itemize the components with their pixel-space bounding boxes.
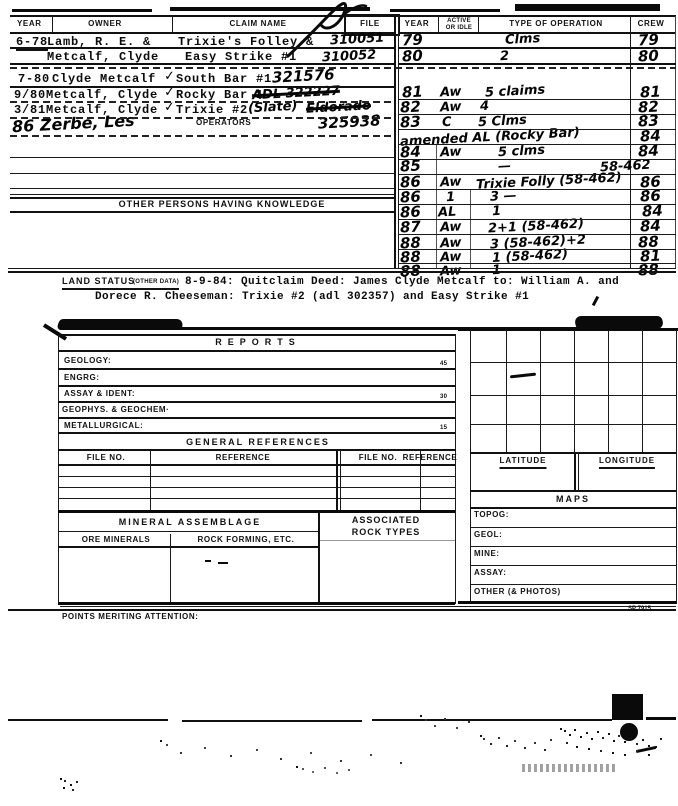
rule-line [398,47,676,49]
rule-line [58,417,455,419]
rule-line [60,606,676,607]
gr-col-reference: REFERENCE [216,454,271,462]
rule-line [438,16,439,32]
rule-line [10,86,394,88]
claim-row-owner: Metcalf, Clyde [47,51,159,63]
rule-line [8,271,676,273]
col-header-year2: YEAR [405,20,430,28]
rule-line [398,234,676,235]
rule-line [58,510,455,513]
rule-line [10,117,394,119]
rule-line [52,16,53,32]
land-status-sublabel: (OTHER DATA) [133,279,179,290]
rule-line [470,395,676,396]
rule-line [58,449,455,451]
rule-line [478,16,479,32]
op-row-active: AL [438,206,457,220]
report-row-geophys: GEOPHYS. & GEOCHEM· [62,406,169,414]
op-row-operation: 5 claims [485,83,546,99]
scan-artifact [205,560,211,562]
claim-row-claim-name: Easy Strike #1 [185,51,297,63]
rule-line [398,144,676,145]
col-header-claim-name: CLAIM NAME [229,20,286,28]
rule-line [340,450,341,510]
map-row-geol: GEOL: [474,531,502,539]
report-row-geology: GEOLOGY: [64,357,111,365]
rule-line [470,452,676,454]
scan-artifact [646,717,676,720]
rule-line [458,601,676,604]
rule-line [398,129,676,130]
scan-artifact [12,9,152,12]
rule-line [455,334,456,604]
rule-line [58,487,455,488]
rule-line [574,452,576,490]
rule-line [676,330,677,604]
map-row-assay: ASSAY: [474,569,507,577]
latitude-header: LATITUDE [500,457,547,469]
rule-line [58,498,455,499]
rule-line [578,452,579,490]
rule-line [398,189,676,190]
rule-line [398,219,676,220]
rule-line [470,362,676,363]
col-header-active2: OR IDLE [446,25,472,31]
scan-artifact [522,764,618,772]
ore-minerals-header: ORE MINERALS [82,536,151,544]
rule-line [394,16,396,269]
report-row-metallurgical-num: 15 [440,425,447,431]
op-row-active: Aw [440,175,462,189]
rule-line [470,190,471,268]
rule-line [398,249,676,250]
report-row-metallurgical: METALLURGICAL: [64,422,143,430]
map-row-mine: MINE: [474,550,500,558]
checkmark-icon: ✓ [164,70,176,84]
associated-rock-types-line2: ROCK TYPES [352,528,421,537]
rule-line [58,531,320,532]
rule-line [10,101,394,103]
col-header-crew: CREW [638,20,665,28]
op-row-active: Aw [440,85,462,99]
rule-line [10,47,394,49]
rule-line [398,99,676,100]
rule-line [574,330,575,452]
ink-scribble [282,0,382,62]
map-row-other: OTHER (& PHOTOS) [474,588,561,596]
op-row-active: Aw [440,220,462,234]
report-row-geology-num: 45 [440,361,447,367]
op-row-operation: 4 [480,100,490,113]
report-row-assay-num: 30 [440,394,447,400]
op-row-operation: Clms [505,32,541,47]
rule-line [10,173,394,174]
op-row-active: Aw [440,100,462,114]
rule-line [58,350,455,352]
scan-artifact [515,4,660,11]
scan-artifact [372,719,612,721]
rule-line [470,424,676,425]
rule-line [10,194,394,195]
rule-line [608,330,609,452]
rule-line [398,16,399,269]
col-header-type-of-operation: TYPE OF OPERATION [509,20,603,28]
report-row-assay: ASSAY & IDENT: [64,390,135,398]
col-header-year: YEAR [17,20,42,28]
gr-col-file-no: FILE NO. [87,454,126,462]
rule-line [630,16,631,269]
points-meriting-attention-label: POINTS MERITING ATTENTION: [62,613,198,621]
rule-line [398,263,676,264]
rule-line [58,401,455,403]
rule-line [675,16,676,269]
rule-line [398,159,676,160]
rule-line [470,584,676,585]
scan-artifact [612,694,643,720]
rule-line [470,546,676,547]
rule-line [58,334,455,336]
scanned-mining-claim-card: YEAR OWNER CLAIM NAME FILE YEAR ACTIVE O… [0,0,678,806]
claim-row-year: 9/80 [14,89,46,101]
claim-row-owner: Clyde Metcalf [52,73,156,85]
op-row-operation: 1 [492,205,502,218]
rule-line [58,385,455,387]
rule-line [58,602,455,605]
rule-line [336,450,338,510]
rule-line [170,534,171,602]
op-row-operation: 5 Clms [478,114,527,130]
report-row-engrg: ENGRG: [64,374,100,382]
operators-label: OPERATORS [196,119,251,127]
op-row-operation: 5 clms [498,144,546,159]
handwritten-dash [510,373,536,379]
op-row-operation: — [498,160,512,174]
rule-line [470,507,676,509]
mineral-assemblage-title: MINERAL ASSEMBLAGE [119,518,262,527]
rule-line [8,609,676,611]
rule-line [150,450,151,510]
rule-line [470,330,471,604]
rule-line [540,330,541,452]
rule-line [10,63,394,65]
other-persons-header: OTHER PERSONS HAVING KNOWLEDGE [119,200,326,209]
claim-row-year: 3/81 [14,104,46,116]
op-row-active: Aw [440,145,462,159]
op-row-operation: 2 [500,50,510,63]
rule-line [58,368,455,370]
claim-row-file-handwritten: 321576 [272,67,335,85]
op-row-operation: 3 — [490,189,517,203]
rule-line [10,135,394,137]
scan-artifact [560,728,562,730]
rule-line [58,546,320,548]
claim-row-claim-name: South Bar #1 [176,73,272,85]
rock-forming-header: ROCK FORMING, ETC. [197,536,294,544]
rule-line [10,188,394,189]
scan-artifact [182,720,362,722]
land-status-line1: 8-9-84: Quitclaim Deed: James Clyde Metc… [185,277,619,288]
rule-line [642,330,643,452]
rule-line [398,174,676,175]
associated-rock-types-line1: ASSOCIATED [352,516,420,525]
scan-artifact [160,740,162,742]
col-header-owner: OWNER [88,20,122,28]
rule-line [8,268,676,269]
maps-title: MAPS [556,495,590,504]
scan-artifact [636,746,656,753]
rule-line [58,464,455,466]
gr-col-reference2: REFERENCE [403,454,458,462]
claim-row-claim-name: Trixie #2 [176,104,248,116]
rule-line [458,328,678,331]
scan-artifact [8,719,168,721]
scan-artifact [60,778,62,780]
land-status-line2: Dorece R. Cheeseman: Trixie #2 (adl 3023… [95,292,529,303]
land-status-label: LAND STATUS [62,277,135,290]
scan-artifact [620,723,638,741]
reports-title: REPORTS [215,338,301,347]
scan-artifact [296,766,298,768]
rule-line [58,476,455,477]
gr-col-file-no2: FILE NO. [359,454,398,462]
scan-artifact [480,735,482,737]
scan-artifact [592,296,599,306]
rule-line [470,565,676,566]
rule-line [420,450,421,510]
scan-artifact [390,9,500,12]
scan-artifact [218,562,228,564]
rule-line [10,211,394,213]
map-row-topog: TOPOG: [474,511,509,519]
general-references-title: GENERAL REFERENCES [186,438,330,447]
rule-line [172,16,173,32]
rule-line [58,334,59,604]
rule-line [470,527,676,528]
rule-line [58,432,455,434]
rule-line [398,114,676,115]
longitude-header: LONGITUDE [599,457,655,469]
rule-line [320,540,455,541]
rule-line [398,204,676,205]
rule-line [506,330,507,452]
col-header-active: ACTIVE [447,18,471,24]
op-row-active: C [442,116,452,129]
claim-row-owner: Metcalf, Clyde [46,89,158,101]
rule-line [398,63,676,65]
rule-line [10,157,394,158]
scan-artifact [420,715,422,717]
rule-line [470,490,676,492]
op-row-active: 1 [446,191,456,204]
rule-line [10,67,676,69]
rule-line [318,512,320,602]
